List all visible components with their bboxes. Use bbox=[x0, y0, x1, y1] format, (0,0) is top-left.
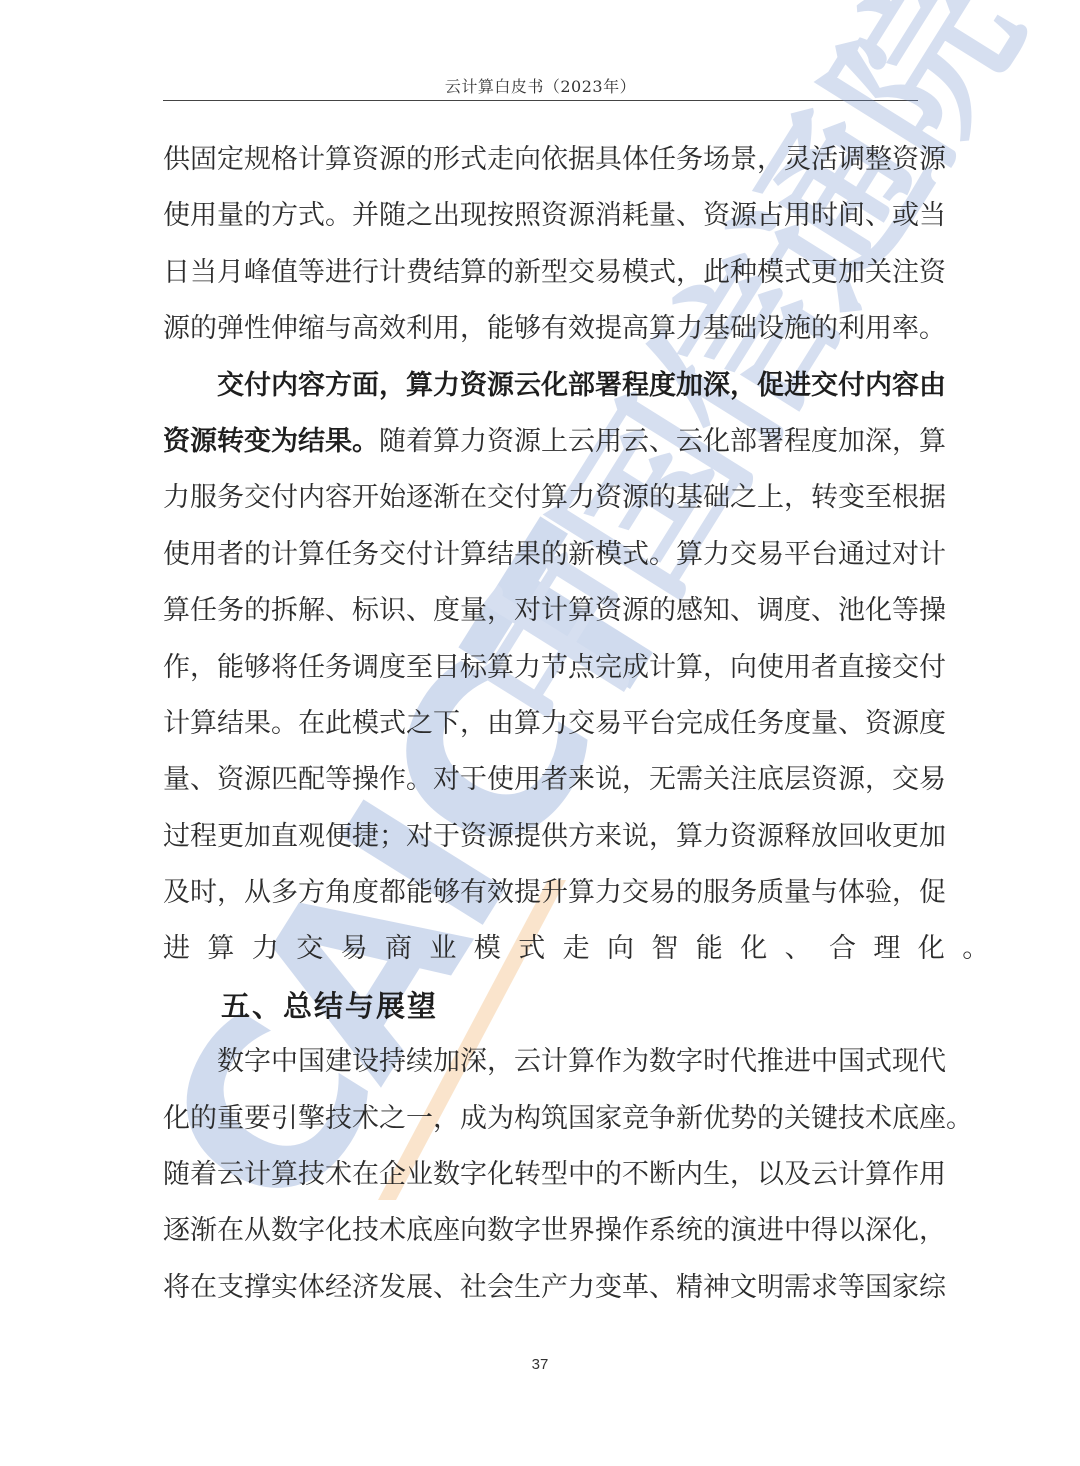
text-line: 供固定规格计算资源的形式走向依据具体任务场景，灵活调整资源 bbox=[163, 132, 918, 188]
bold-lead-sentence: 交付内容方面，算力资源云化部署程度加深，促进交付内容由 bbox=[163, 358, 918, 414]
bold-lead-sentence-end: 资源转变为结果。 bbox=[163, 426, 379, 457]
running-header: 云计算白皮书（2023年） bbox=[163, 72, 918, 101]
section-heading: 五、总结与展望 bbox=[163, 978, 918, 1034]
paragraph-conclusion: 数字中国建设持续加深，云计算作为数字时代推进中国式现代 化的重要引擎技术之一，成… bbox=[163, 1034, 918, 1316]
text-line: 计算结果。在此模式之下，由算力交易平台完成任务度量、资源度 bbox=[163, 696, 918, 752]
text-line: 算任务的拆解、标识、度量，对计算资源的感知、调度、池化等操 bbox=[163, 583, 918, 639]
text-span: 随着算力资源上云用云、云化部署程度加深，算 bbox=[379, 426, 946, 457]
paragraph-billing-models: 供固定规格计算资源的形式走向依据具体任务场景，灵活调整资源 使用量的方式。并随之… bbox=[163, 132, 918, 358]
text-line: 逐渐在从数字化技术底座向数字世界操作系统的演进中得以深化， bbox=[163, 1203, 918, 1259]
text-line: 力服务交付内容开始逐渐在交付算力资源的基础之上，转变至根据 bbox=[163, 470, 918, 526]
text-line: 化的重要引擎技术之一，成为构筑国家竞争新优势的关键技术底座。 bbox=[163, 1091, 918, 1147]
text-line: 资源转变为结果。随着算力资源上云用云、云化部署程度加深，算 bbox=[163, 414, 918, 470]
text-line: 量、资源匹配等操作。对于使用者来说，无需关注底层资源，交易 bbox=[163, 752, 918, 808]
document-body: 供固定规格计算资源的形式走向依据具体任务场景，灵活调整资源 使用量的方式。并随之… bbox=[163, 132, 918, 1316]
text-line: 日当月峰值等进行计费结算的新型交易模式，此种模式更加关注资 bbox=[163, 245, 918, 301]
text-line: 将在支撑实体经济发展、社会生产力变革、精神文明需求等国家综 bbox=[163, 1260, 918, 1316]
text-line: 过程更加直观便捷；对于资源提供方来说，算力资源释放回收更加 bbox=[163, 809, 918, 865]
header-divider bbox=[163, 100, 918, 101]
text-line: 及时，从多方角度都能够有效提升算力交易的服务质量与体验，促 bbox=[163, 865, 918, 921]
text-line: 作，能够将任务调度至目标算力节点完成计算，向使用者直接交付 bbox=[163, 640, 918, 696]
text-line: 数字中国建设持续加深，云计算作为数字时代推进中国式现代 bbox=[163, 1034, 918, 1090]
text-line: 进算力交易商业模式走向智能化、合理化。 bbox=[163, 921, 918, 977]
text-line: 使用者的计算任务交付计算结果的新模式。算力交易平台通过对计 bbox=[163, 527, 918, 583]
text-line: 随着云计算技术在企业数字化转型中的不断内生，以及云计算作用 bbox=[163, 1147, 918, 1203]
page-number: 37 bbox=[0, 1356, 1080, 1373]
text-line: 源的弹性伸缩与高效利用，能够有效提高算力基础设施的利用率。 bbox=[163, 301, 918, 357]
paragraph-delivery-content: 交付内容方面，算力资源云化部署程度加深，促进交付内容由 资源转变为结果。随着算力… bbox=[163, 358, 918, 978]
text-line: 使用量的方式。并随之出现按照资源消耗量、资源占用时间、或当 bbox=[163, 188, 918, 244]
